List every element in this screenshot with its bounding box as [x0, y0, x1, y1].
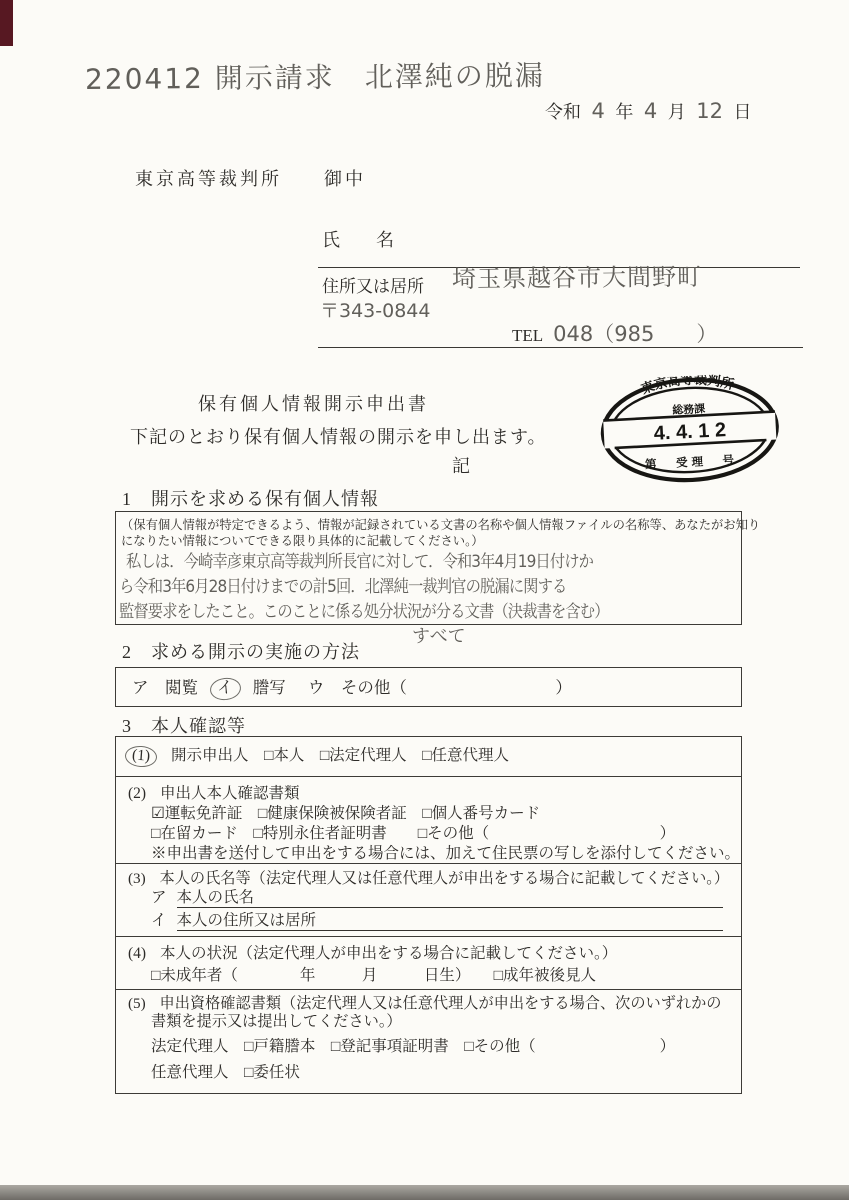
- scanned-document-page: 220412 開示請求 北澤純の脱漏 令和 4 年 4 月 12 日 東京高等裁…: [0, 0, 849, 1200]
- form-title: 保有個人情報開示申出書: [198, 390, 429, 416]
- identity-row-1: (1) 開示申出人 □本人 □法定代理人 □任意代理人: [125, 743, 509, 767]
- row3-item-b-prefix: イ: [151, 908, 167, 931]
- row-divider: [116, 863, 741, 864]
- row2-title: 申出人本人確認書類: [160, 785, 300, 802]
- stamp-court-name: 東京高等裁判所: [638, 371, 736, 397]
- stamp-date: 4. 4. 1 2: [653, 419, 726, 445]
- date-day-suffix: 日: [733, 102, 751, 122]
- date-day-value: 12: [690, 99, 729, 123]
- row5-number: (5): [128, 995, 146, 1012]
- tel-underline: [318, 347, 803, 348]
- row5-title-line2: 書類を提示又は提出してください。）: [151, 1010, 402, 1031]
- section1-handwritten-insert: すべて: [412, 622, 466, 648]
- row1-number-circled: (1): [124, 745, 157, 768]
- section1-handwritten-line1: 私しは．今崎幸彦東京高等裁判所長官に対して．令和3年4月19日付けか: [126, 547, 593, 572]
- row5-line2: 任意代理人 □委任状: [151, 1060, 300, 1082]
- handwritten-memo: 220412 開示請求 北澤純の脱漏: [85, 54, 545, 98]
- receipt-stamp: 東京高等裁判所 総務課 4. 4. 1 2 第 受理 号: [595, 371, 785, 495]
- date-year-suffix: 年: [615, 102, 633, 122]
- tel-value: 048（985 ）: [547, 322, 717, 346]
- row3-number: (3): [128, 870, 146, 887]
- identity-row-4: (4) 本人の状況（法定代理人が申出をする場合に記載してください。）: [128, 941, 617, 963]
- row4-line1: □未成年者（ 年 月 日生） □成年被後見人: [151, 963, 596, 985]
- row3-item-a-label: 本人の氏名: [177, 885, 723, 908]
- row4-title: 本人の状況（法定代理人が申出をする場合に記載してください。）: [160, 945, 617, 962]
- option-view: ア 閲覧: [132, 678, 198, 697]
- row-divider: [116, 776, 741, 777]
- address-value: 埼玉県越谷市大間野町: [452, 257, 702, 295]
- row2-line1: ☑運転免許証 □健康保険被保険者証 □個人番号カード: [151, 801, 540, 823]
- row-divider: [116, 936, 741, 937]
- receipt-stamp-graphic: 東京高等裁判所 総務課 4. 4. 1 2 第 受理 号: [595, 371, 785, 490]
- section1-handwritten-line2: ら令和3年6月28日付けまでの計5回．北澤純一裁判官の脱漏に関する: [119, 572, 566, 597]
- svg-text:東京高等裁判所: 東京高等裁判所: [638, 371, 736, 397]
- row4-number: (4): [128, 945, 146, 962]
- row2-note: ※申出書を送付して申出をする場合には、加えて住民票の写しを添付してください。: [151, 841, 740, 863]
- row2-number: (2): [128, 785, 146, 802]
- date-month-suffix: 月: [668, 102, 686, 122]
- date-month-value: 4: [638, 99, 663, 123]
- option-copy-circled: イ: [209, 676, 242, 702]
- addressee: 東京高等裁判所 御中: [135, 165, 366, 191]
- scan-corner-artifact: [0, 0, 13, 46]
- ki-label: 記: [452, 452, 470, 478]
- scan-bottom-edge: [0, 1185, 849, 1200]
- stamp-section: 総務課: [672, 401, 706, 417]
- date-year-value: 4: [586, 99, 611, 123]
- postal-code: 〒343-0844: [320, 296, 430, 323]
- identity-row-2: (2) 申出人本人確認書類: [128, 781, 299, 803]
- section3-heading: 3 本人確認等: [122, 712, 246, 738]
- row3-item-a-prefix: ア: [151, 885, 167, 908]
- stamp-number-line: 第 受理 号: [645, 453, 739, 472]
- section1-heading: 1 開示を求める保有個人情報: [122, 485, 379, 511]
- option-copy-label: 謄写: [253, 678, 286, 697]
- option-other: ウ その他（ ）: [308, 678, 572, 697]
- section1-handwritten-line3: 監督要求をしたこと。このことに係る処分状況が分る文書（決裁書を含む）: [119, 597, 609, 622]
- row-divider: [116, 989, 741, 990]
- intro-statement: 下記のとおり保有個人情報の開示を申し出ます。: [130, 423, 547, 449]
- name-label: 氏 名: [322, 226, 394, 252]
- section2-heading: 2 求める開示の実施の方法: [122, 638, 360, 664]
- row1-text: 開示申出人 □本人 □法定代理人 □任意代理人: [171, 747, 509, 764]
- row5-line1: 法定代理人 □戸籍謄本 □登記事項証明書 □その他（ ）: [151, 1034, 675, 1056]
- address-label: 住所又は居所: [322, 272, 424, 297]
- tel-label: TEL: [512, 326, 543, 345]
- row2-line2: □在留カード □特別永住者証明書 □その他（ ）: [151, 821, 675, 843]
- date-era-label: 令和: [545, 102, 581, 122]
- row3-item-b-label: 本人の住所又は居所: [177, 908, 723, 931]
